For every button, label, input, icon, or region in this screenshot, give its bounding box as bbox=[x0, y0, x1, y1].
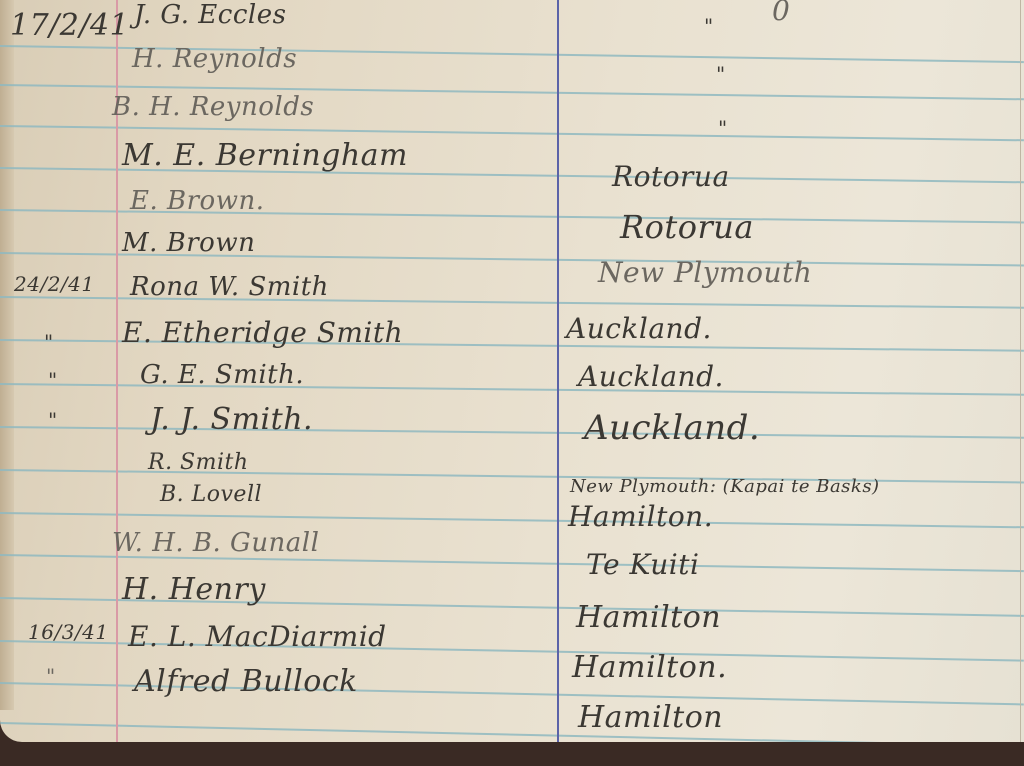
entry-date-ditto: " bbox=[48, 408, 58, 432]
entry-place: Te Kuiti bbox=[586, 548, 699, 581]
entry-place: Auckland. bbox=[578, 360, 724, 393]
entry-name: J. J. Smith. bbox=[150, 402, 313, 437]
entry-date-ditto: " bbox=[44, 330, 54, 354]
entry-name: B. H. Reynolds bbox=[112, 92, 314, 122]
entry-place: Auckland. bbox=[566, 312, 712, 345]
entry-name: H. Reynolds bbox=[132, 44, 297, 74]
entry-place: Hamilton. bbox=[568, 500, 713, 533]
entry-name: J. G. Eccles bbox=[134, 0, 286, 30]
entry-name: G. E. Smith. bbox=[140, 360, 304, 390]
entry-name: E. L. MacDiarmid bbox=[128, 620, 387, 653]
entry-name: E. Etheridge Smith bbox=[122, 316, 403, 349]
entry-date-ditto: " bbox=[46, 664, 56, 688]
circle-mark: 0 bbox=[772, 0, 790, 27]
entry-date: 16/3/41 bbox=[28, 620, 109, 644]
ledger-page: 17/2/41 24/2/41 " " " 16/3/41 " J. G. Ec… bbox=[0, 0, 1024, 742]
entry-date-ditto: " bbox=[48, 368, 58, 392]
entry-place: Hamilton bbox=[576, 600, 721, 635]
entry-place: New Plymouth: (Kapai te Basks) bbox=[570, 476, 880, 497]
column-divider bbox=[557, 0, 559, 742]
entry-date: 17/2/41 bbox=[10, 8, 129, 43]
place-ditto: " bbox=[704, 14, 714, 38]
entry-place: Auckland. bbox=[584, 408, 760, 448]
entry-name-signature: H. Henry bbox=[122, 572, 266, 607]
entry-place: Rotorua bbox=[620, 208, 754, 246]
entry-name: W. H. B. Gunall bbox=[112, 528, 319, 558]
page-edge bbox=[1020, 0, 1021, 742]
page-fold-edge bbox=[0, 0, 14, 710]
ruled-line bbox=[0, 512, 1024, 528]
entry-name: Rona W. Smith bbox=[130, 272, 329, 302]
entry-name: Alfred Bullock bbox=[134, 664, 358, 699]
entry-name: M. Brown bbox=[122, 228, 255, 258]
entry-place: Rotorua bbox=[612, 160, 730, 193]
ruled-line bbox=[0, 722, 1024, 742]
entry-name: E. Brown. bbox=[130, 186, 264, 216]
entry-place: New Plymouth bbox=[598, 256, 812, 289]
entry-date: 24/2/41 bbox=[14, 272, 95, 296]
place-ditto: " bbox=[716, 62, 726, 86]
entry-name-signature: B. Lovell bbox=[160, 482, 262, 507]
place-ditto: " bbox=[718, 116, 728, 140]
entry-name: M. E. Berningham bbox=[122, 138, 408, 173]
entry-place: Hamilton. bbox=[572, 650, 727, 685]
entry-place: Hamilton bbox=[578, 700, 723, 735]
entry-name-signature: R. Smith bbox=[148, 450, 249, 475]
